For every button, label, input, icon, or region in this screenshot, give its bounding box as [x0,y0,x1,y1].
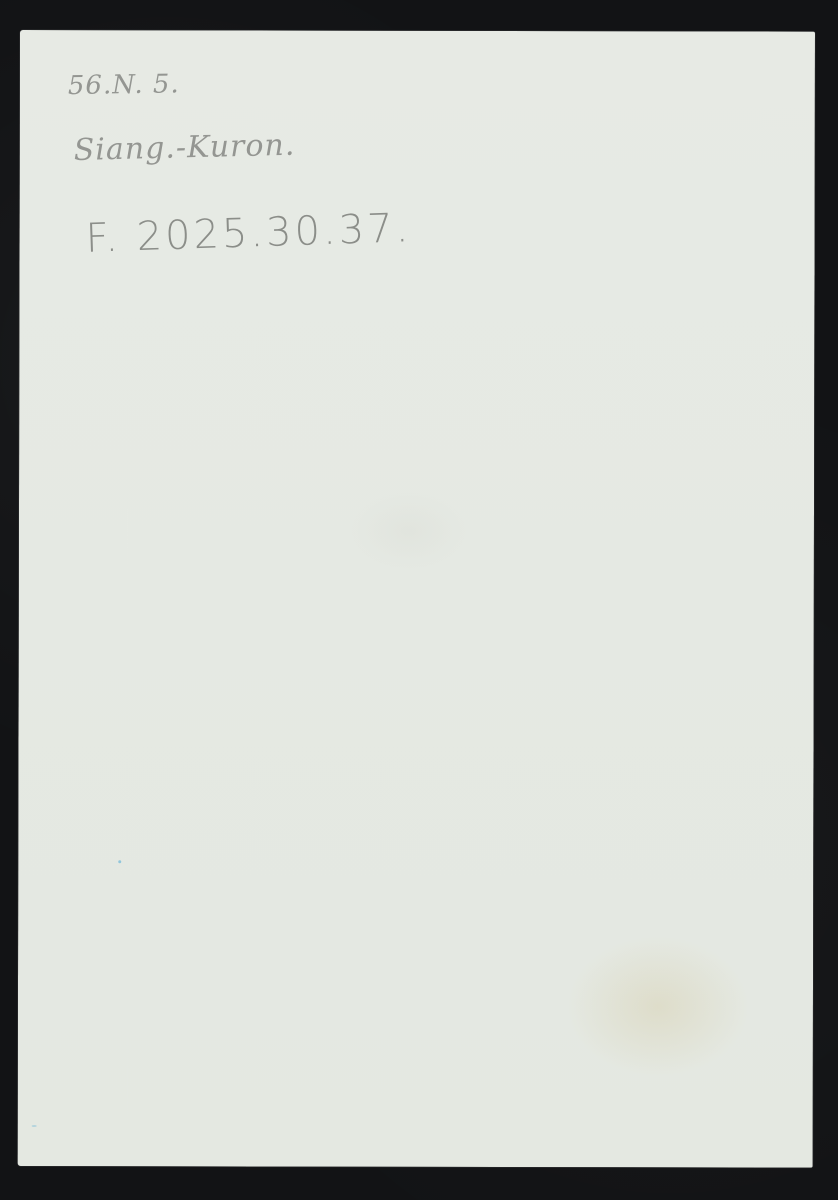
paper-speck [32,1125,37,1127]
card-reverse: 56.N. 5. Siang.-Kuron. F. 2025.30.37. [18,30,815,1168]
handwritten-place-name: Siang.-Kuron. [73,128,295,168]
handwritten-reference: 56.N. 5. [68,69,180,101]
paper-speck [118,860,121,863]
handwritten-accession-number: F. 2025.30.37. [85,205,412,262]
